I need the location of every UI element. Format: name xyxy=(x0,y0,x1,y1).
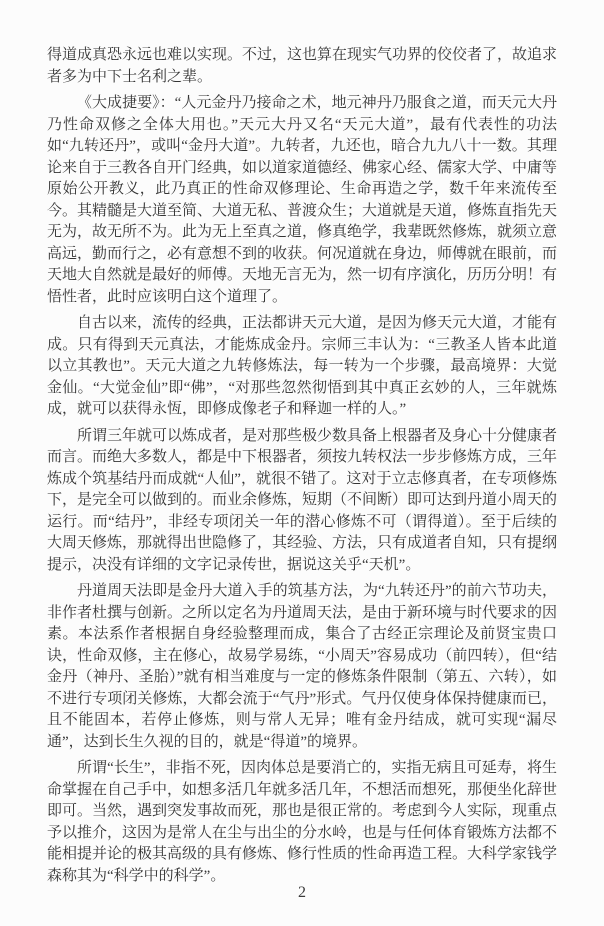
paragraph-three-year-cultivation: 所谓三年就可以炼成者，是对那些极少数具备上根器者及身心十分健康者而言。而绝大多数… xyxy=(47,426,557,577)
page-footer: 2 xyxy=(0,884,604,902)
document-page: 得道成真恐永远也难以实现。不过，这也算在现实气功界的佼佼者了，故追求者多为中下士… xyxy=(0,0,604,926)
paragraph-dandao-zhoutian-method: 丹道周天法即是金丹大道入手的筑基方法，为“九转还丹”的前六节功夫，非作者杜撰与创… xyxy=(47,581,557,753)
body-text: 得道成真恐永远也难以实现。不过，这也算在现实气功界的佼佼者了，故追求者多为中下士… xyxy=(47,45,557,887)
paragraph-classics-tianyuan-dadao: 自古以来，流传的经典，正法都讲天元大道，是因为修天元大道，才能有成。只有得到天元… xyxy=(47,313,557,421)
page-number: 2 xyxy=(298,884,306,901)
paragraph-longevity-meaning: 所谓“长生”，非指不死，因肉体总是要消亡的，实指无病且可延寿，将生命掌握在自己手… xyxy=(47,758,557,887)
paragraph-continued-from-previous-page: 得道成真恐永远也难以实现。不过，这也算在现实气功界的佼佼者了，故追求者多为中下士… xyxy=(47,45,557,88)
paragraph-dacheng-jieyao: 《大成捷要》：“人元金丹乃接命之术，地元神丹乃服食之道，而天元大丹乃性命双修之全… xyxy=(47,93,557,308)
